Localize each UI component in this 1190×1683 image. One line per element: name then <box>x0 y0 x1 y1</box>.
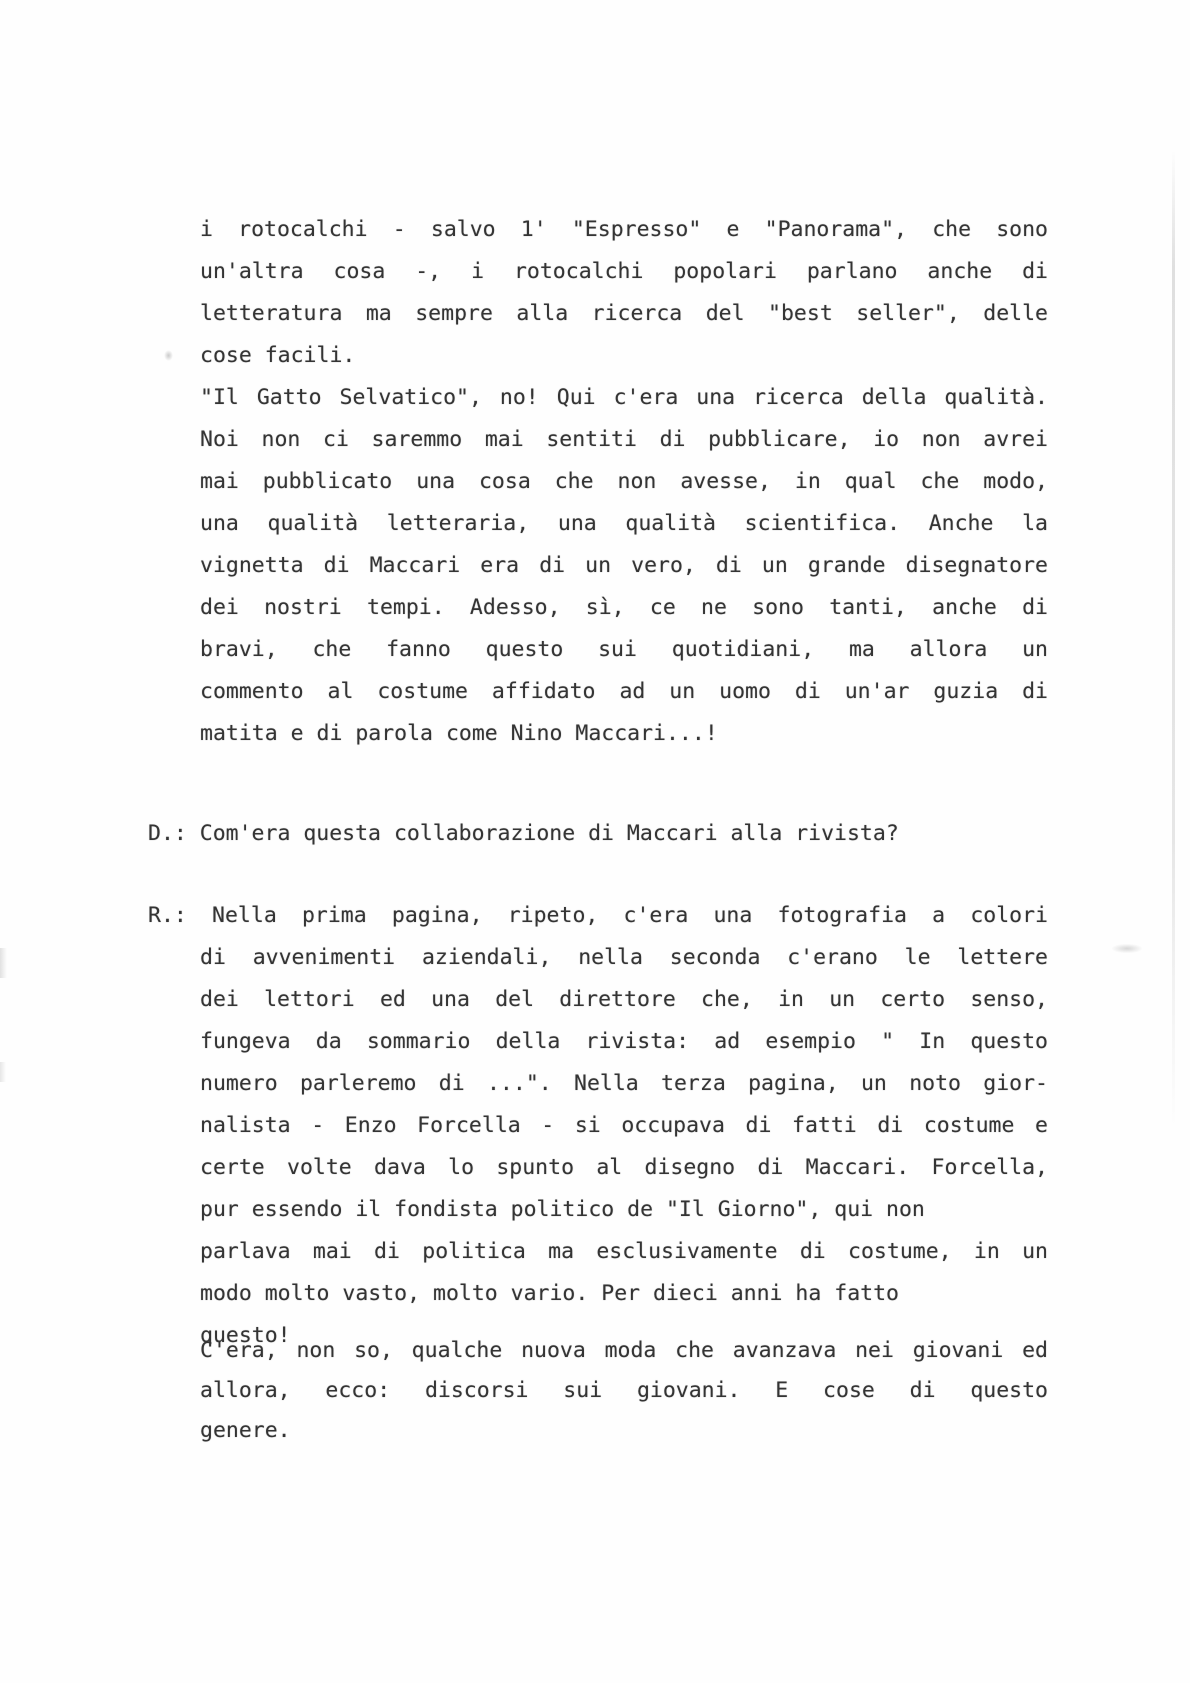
text-line: dei nostri tempi. Adesso, sì, ce ne sono… <box>200 587 1048 629</box>
text-line: letteratura ma sempre alla ricerca del "… <box>200 293 1048 335</box>
paragraph-question: D.: Com'era questa collaborazione di Mac… <box>148 813 1048 855</box>
edge-smudge-artifact <box>0 1062 6 1082</box>
paragraph-answer: R.: Nella prima pagina, ripeto, c'era un… <box>148 895 1048 1357</box>
text-line: un'altra cosa -, i rotocalchi popolari p… <box>200 251 1048 293</box>
text-line: fungeva da sommario della rivista: ad es… <box>148 1021 1048 1063</box>
smudge-artifact <box>164 350 173 361</box>
text-line: modo molto vasto, molto vario. Per dieci… <box>148 1273 1048 1315</box>
smudge-artifact <box>1112 944 1142 953</box>
text-line: certe volte dava lo spunto al disegno di… <box>148 1147 1048 1189</box>
edge-smudge-artifact <box>0 948 7 978</box>
text-line: matita e di parola come Nino Maccari...! <box>200 713 1048 755</box>
text-line: genere. <box>200 1411 1048 1451</box>
text-line: una qualità letteraria, una qualità scie… <box>200 503 1048 545</box>
paragraph-answer-continued: C'era, non so, qualche nuova moda che av… <box>200 1331 1048 1451</box>
text-line: "Il Gatto Selvatico", no! Qui c'era una … <box>200 377 1048 419</box>
text-line: mai pubblicato una cosa che non avesse, … <box>200 461 1048 503</box>
text-line: dei lettori ed una del direttore che, in… <box>148 979 1048 1021</box>
text-line: parlava mai di politica ma esclusivament… <box>148 1231 1048 1273</box>
text-line: R.: Nella prima pagina, ripeto, c'era un… <box>148 895 1048 937</box>
text-line: bravi, che fanno questo sui quotidiani, … <box>200 629 1048 671</box>
speaker-label: D.: <box>148 821 200 846</box>
text-line: commento al costume affidato ad un uomo … <box>200 671 1048 713</box>
text-line: C'era, non so, qualche nuova moda che av… <box>200 1331 1048 1371</box>
speaker-label: R.: <box>148 903 212 928</box>
text-line: nalista - Enzo Forcella - si occupava di… <box>148 1105 1048 1147</box>
paragraph-continuation: i rotocalchi - salvo 1' "Espresso" e "Pa… <box>200 209 1048 755</box>
text-line: vignetta di Maccari era di un vero, di u… <box>200 545 1048 587</box>
scanner-line-artifact <box>1172 150 1175 1130</box>
text-line: i rotocalchi - salvo 1' "Espresso" e "Pa… <box>200 209 1048 251</box>
text-line: cose facili. <box>200 335 1048 377</box>
text-line: numero parleremo di ...". Nella terza pa… <box>148 1063 1048 1105</box>
text-line: allora, ecco: discorsi sui giovani. E co… <box>200 1371 1048 1411</box>
line-text: Nella prima pagina, ripeto, c'era una fo… <box>212 903 1048 928</box>
text-line: D.: Com'era questa collaborazione di Mac… <box>148 813 1048 855</box>
line-text: Com'era questa collaborazione di Maccari… <box>200 821 899 846</box>
text-line: pur essendo il fondista politico de "Il … <box>148 1189 1048 1231</box>
text-line: Noi non ci saremmo mai sentiti di pubbli… <box>200 419 1048 461</box>
text-line: di avvenimenti aziendali, nella seconda … <box>148 937 1048 979</box>
scanned-document-page: i rotocalchi - salvo 1' "Espresso" e "Pa… <box>0 0 1190 1683</box>
